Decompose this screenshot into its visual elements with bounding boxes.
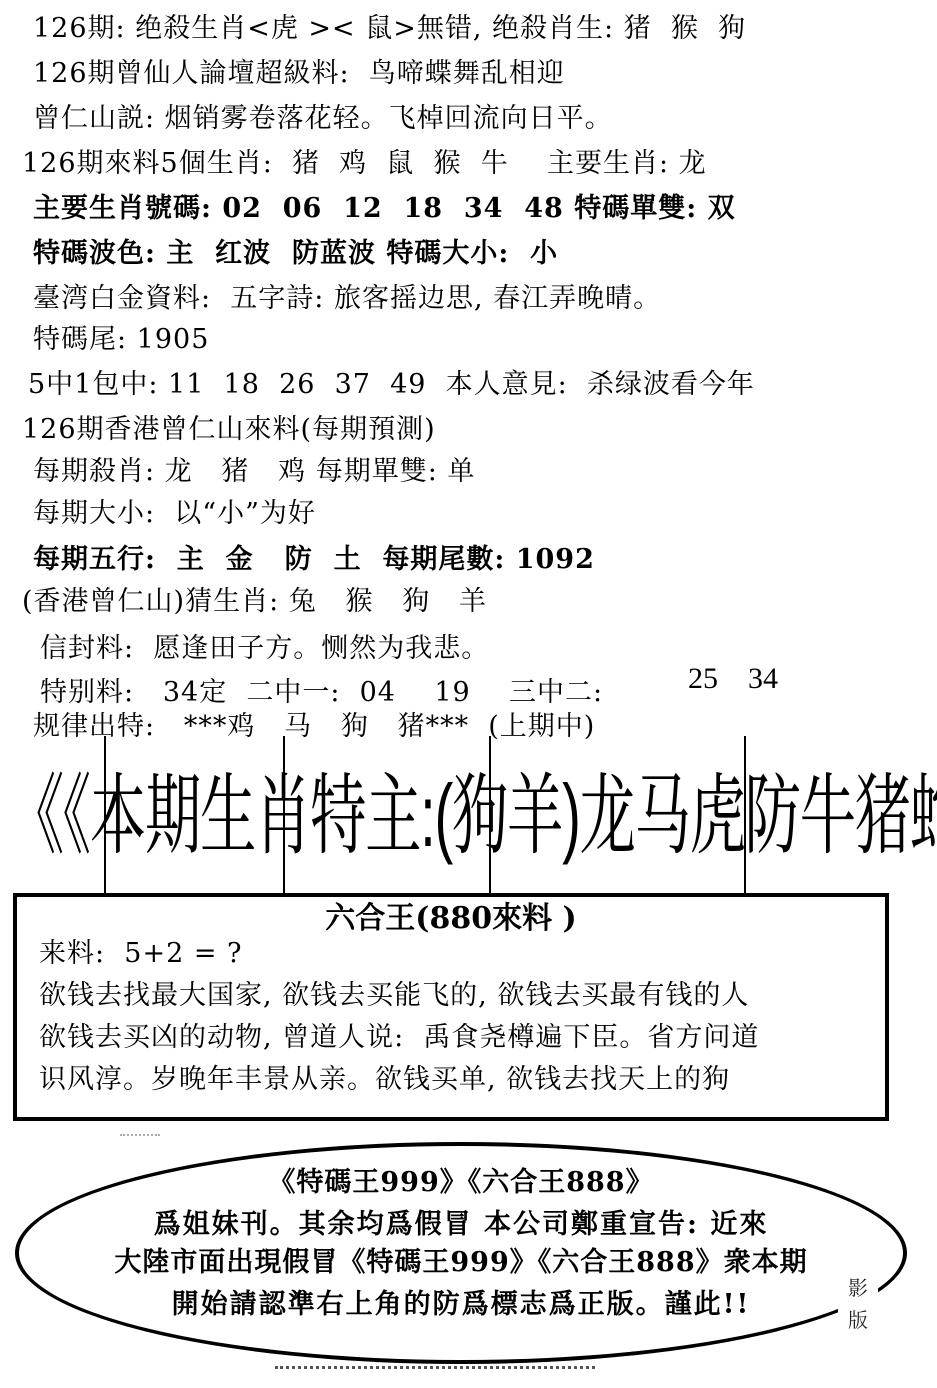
line-forum-material: 126期曾仙人論壇超級料: 鸟啼蝶舞乱相迎 [33, 57, 565, 91]
line-wave-color: 特碼波色: 主 红波 防蓝波 特碼大小: 小 [33, 237, 558, 271]
line-envelope-material: 信封料: 愿逢田子方。恻然为我悲。 [40, 632, 489, 666]
faint-marks [120, 1134, 160, 1140]
notice-line-counterfeit: 大陸市面出現假冒《特碼王999》《六合王888》衆本期 [15, 1246, 907, 1280]
box-line-3: 识风淳。岁晚年丰景从亲。欲钱买单, 欲钱去找天上的狗 [39, 1063, 730, 1097]
line-guess-zodiac: (香港曾仁山)猜生肖: 兔 猴 狗 羊 [22, 585, 487, 619]
line-special-material: 特别料: 34定 二中一: 04 19 三中二: [40, 676, 603, 710]
line-each-period-size: 每期大小: 以“小”为好 [33, 497, 316, 531]
liuhewang-material-box: 六合王(880來料 ) 来料: 5+2 = ? 欲钱去找最大国家, 欲钱去买能飞… [13, 893, 889, 1121]
line-five-in-one: 5中1包中: 11 18 26 37 49 本人意見: 杀绿波看今年 [28, 368, 755, 402]
line-five-zodiacs: 126期來料5個生肖: 猪 鸡 鼠 猴 牛 主要生肖: 龙 [22, 147, 707, 181]
line-zeng-renshan-says: 曾仁山説: 烟销雾卷落花轻。飞棹回流向日平。 [33, 102, 613, 136]
line-main-zodiac-numbers: 主要生肖號碼: 02 06 12 18 34 48 特碼單雙: 双 [33, 192, 736, 226]
cutoff-text-line [275, 1366, 595, 1374]
line-kill-zodiac: 126期: 绝殺生肖<虎 >< 鼠>無错, 绝殺肖生: 猪 猴 狗 [33, 12, 746, 46]
box-line-2: 欲钱去买凶的动物, 曾道人说: 禹食尧樽遍下臣。省方问道 [39, 1021, 759, 1055]
notice-line-authentic: 開始請認準右上角的防爲標志爲正版。謹此!! [15, 1288, 907, 1322]
line-hk-forecast-title: 126期香港曾仁山來料(每期預測) [22, 413, 436, 447]
special-superscript-numbers: 25 34 [688, 662, 778, 696]
line-each-period-kill: 每期殺肖: 龙 猪 鸡 每期單雙: 单 [33, 455, 475, 489]
line-pattern-special: 规律出特: ***鸡 马 狗 猪*** (上期中) [33, 710, 595, 744]
box-line-1: 欲钱去找最大国家, 欲钱去买能飞的, 欲钱去买最有钱的人 [39, 979, 749, 1013]
line-special-tail: 特碼尾: 1905 [33, 323, 209, 357]
box-line-riddle: 来料: 5+2 = ? [39, 937, 243, 971]
box-title: 六合王(880來料 ) [17, 899, 885, 939]
zodiac-banner-headline: 《《本期生肖特主:(狗羊)龙马虎防牛猪蛇》》 [8, 746, 600, 886]
notice-line-titles: 《特碼王999》《六合王888》 [15, 1166, 907, 1200]
anti-counterfeit-stamp-icon: 影 版 [838, 1272, 878, 1342]
notice-line-sister-pubs: 爲姐妹刊。其余均爲假冒 本公司鄭重宣告: 近來 [15, 1208, 907, 1242]
line-five-elements: 每期五行: 主 金 防 土 每期尾數: 1092 [33, 543, 595, 577]
line-taiwan-material: 臺湾白金資料: 五字詩: 旅客摇边思, 春江弄晚晴。 [33, 282, 661, 316]
